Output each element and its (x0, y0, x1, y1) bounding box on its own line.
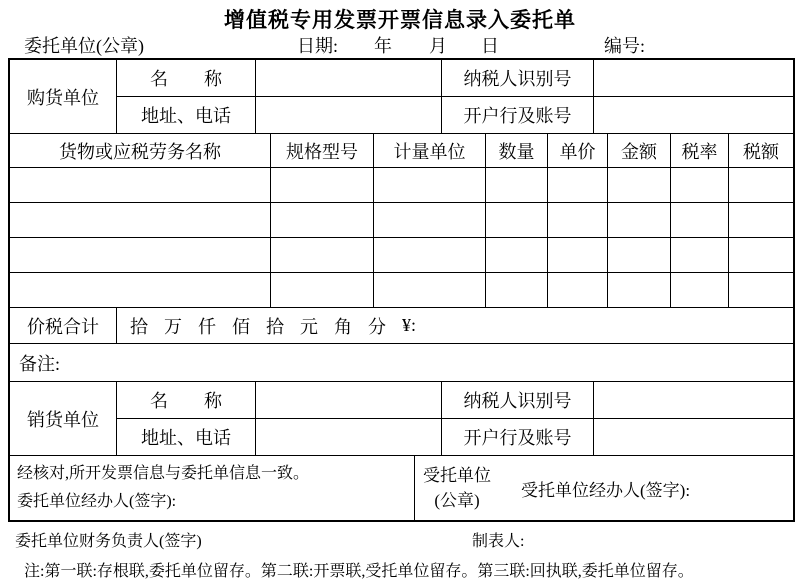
goods-row (10, 168, 793, 203)
goods-col-unit: 计量单位 (374, 134, 486, 167)
amount-unit: 万 (164, 313, 182, 339)
amount-unit: 角 (334, 313, 352, 339)
seller-grid: 名 称 纳税人识别号 地址、电话 开户行及账号 (117, 382, 793, 455)
goods-cell (374, 203, 486, 237)
goods-cell (671, 273, 729, 307)
goods-cell (671, 168, 729, 202)
goods-col-name: 货物或应税劳务名称 (10, 134, 271, 167)
total-amount-cell: 拾 万 仟 佰 拾 元 角 分 ¥: (117, 308, 793, 343)
verification-row: 经核对,所开发票信息与委托单信息一致。 委托单位经办人(签字): 受托单位 (公… (10, 456, 793, 520)
goods-cell (608, 168, 671, 202)
copies-note: 注:第一联:存根联,委托单位留存。第二联:开票联,受托单位留存。第三联:回执联,… (24, 558, 694, 581)
amount-unit: 元 (300, 313, 318, 339)
amount-unit: 拾 (266, 313, 284, 339)
goods-cell (486, 203, 548, 237)
amount-unit: 佰 (232, 313, 250, 339)
seller-name-value (256, 382, 442, 418)
purchaser-bank-value (594, 97, 793, 133)
amount-unit: 分 (368, 313, 386, 339)
purchaser-name-row: 名 称 纳税人识别号 (117, 60, 793, 97)
entrusting-unit-label: 委托单位(公章) (24, 32, 144, 58)
goods-col-qty: 数量 (486, 134, 548, 167)
remarks-row: 备注: (10, 344, 793, 382)
date-day-label: 日 (481, 32, 499, 58)
seller-taxpayer-id-value (594, 382, 793, 418)
date-year-label: 年 (374, 32, 392, 58)
entrusted-unit-line2: (公章) (423, 488, 491, 513)
seller-section-label: 销货单位 (10, 382, 117, 455)
amount-unit: 拾 (130, 313, 148, 339)
total-label: 价税合计 (10, 308, 117, 343)
form-number-label: 编号: (604, 32, 645, 58)
seller-taxpayer-id-label: 纳税人识别号 (442, 382, 594, 418)
purchaser-bank-label: 开户行及账号 (442, 97, 594, 133)
form-table: 购货单位 名 称 纳税人识别号 地址、电话 开户行及账号 货物或应税劳务名称 (8, 58, 795, 522)
purchaser-taxpayer-id-label: 纳税人识别号 (442, 60, 594, 96)
goods-cell (548, 238, 608, 272)
goods-cell (10, 238, 271, 272)
goods-cell (729, 238, 793, 272)
date-label: 日期: (297, 32, 338, 58)
seller-bank-label: 开户行及账号 (442, 419, 594, 455)
goods-col-taxrate: 税率 (671, 134, 729, 167)
goods-col-spec: 规格型号 (271, 134, 374, 167)
preparer-label: 制表人: (472, 528, 524, 551)
seller-address-row: 地址、电话 开户行及账号 (117, 419, 793, 455)
goods-cell (608, 273, 671, 307)
total-row: 价税合计 拾 万 仟 佰 拾 元 角 分 ¥: (10, 308, 793, 344)
seller-bank-value (594, 419, 793, 455)
goods-cell (271, 273, 374, 307)
purchaser-grid: 名 称 纳税人识别号 地址、电话 开户行及账号 (117, 60, 793, 133)
goods-col-tax: 税额 (729, 134, 793, 167)
goods-cell (486, 168, 548, 202)
amount-unit: 仟 (198, 313, 216, 339)
goods-cell (271, 238, 374, 272)
verification-statement: 经核对,所开发票信息与委托单信息一致。 (17, 460, 309, 488)
goods-cell (374, 168, 486, 202)
goods-cell (729, 168, 793, 202)
entrusted-unit-seal-label: 受托单位 (公章) (423, 463, 491, 513)
currency-symbol: ¥: (402, 315, 416, 336)
goods-row (10, 238, 793, 273)
goods-cell (10, 273, 271, 307)
purchaser-taxpayer-id-value (594, 60, 793, 96)
entrusted-agent-label: 受托单位经办人(签字): (521, 476, 690, 501)
goods-cell (271, 168, 374, 202)
seller-name-label: 名 称 (117, 382, 256, 418)
finance-manager-label: 委托单位财务负责人(签字) (15, 528, 202, 551)
goods-cell (608, 238, 671, 272)
entrusted-unit-cell: 受托单位 (公章) 受托单位经办人(签字): (415, 456, 793, 520)
goods-cell (486, 238, 548, 272)
goods-cell (548, 203, 608, 237)
form-title: 增值税专用发票开票信息录入委托单 (0, 4, 800, 34)
goods-col-amount: 金额 (608, 134, 671, 167)
verification-statement-cell: 经核对,所开发票信息与委托单信息一致。 委托单位经办人(签字): (10, 456, 415, 520)
goods-cell (729, 273, 793, 307)
goods-header-row: 货物或应税劳务名称 规格型号 计量单位 数量 单价 金额 税率 税额 (10, 134, 793, 168)
entrusted-unit-line1: 受托单位 (423, 463, 491, 488)
purchaser-address-value (256, 97, 442, 133)
goods-cell (374, 273, 486, 307)
purchaser-address-row: 地址、电话 开户行及账号 (117, 97, 793, 133)
goods-cell (671, 203, 729, 237)
goods-cell (271, 203, 374, 237)
goods-cell (374, 238, 486, 272)
remarks-label: 备注: (10, 344, 793, 381)
goods-cell (10, 168, 271, 202)
goods-cell (671, 238, 729, 272)
purchaser-section: 购货单位 名 称 纳税人识别号 地址、电话 开户行及账号 (10, 60, 793, 134)
goods-row (10, 203, 793, 238)
purchaser-name-value (256, 60, 442, 96)
date-month-label: 月 (429, 32, 447, 58)
goods-cell (608, 203, 671, 237)
seller-address-value (256, 419, 442, 455)
vat-invoice-entrust-form: 增值税专用发票开票信息录入委托单 委托单位(公章) 日期: 年 月 日 编号: … (0, 0, 800, 588)
seller-address-label: 地址、电话 (117, 419, 256, 455)
goods-cell (548, 273, 608, 307)
purchaser-name-label: 名 称 (117, 60, 256, 96)
goods-cell (486, 273, 548, 307)
goods-cell (10, 203, 271, 237)
seller-section: 销货单位 名 称 纳税人识别号 地址、电话 开户行及账号 (10, 382, 793, 456)
goods-cell (729, 203, 793, 237)
goods-cell (548, 168, 608, 202)
goods-col-price: 单价 (548, 134, 608, 167)
purchaser-section-label: 购货单位 (10, 60, 117, 133)
goods-row (10, 273, 793, 308)
entrusting-agent-label: 委托单位经办人(签字): (17, 488, 176, 516)
purchaser-address-label: 地址、电话 (117, 97, 256, 133)
seller-name-row: 名 称 纳税人识别号 (117, 382, 793, 419)
